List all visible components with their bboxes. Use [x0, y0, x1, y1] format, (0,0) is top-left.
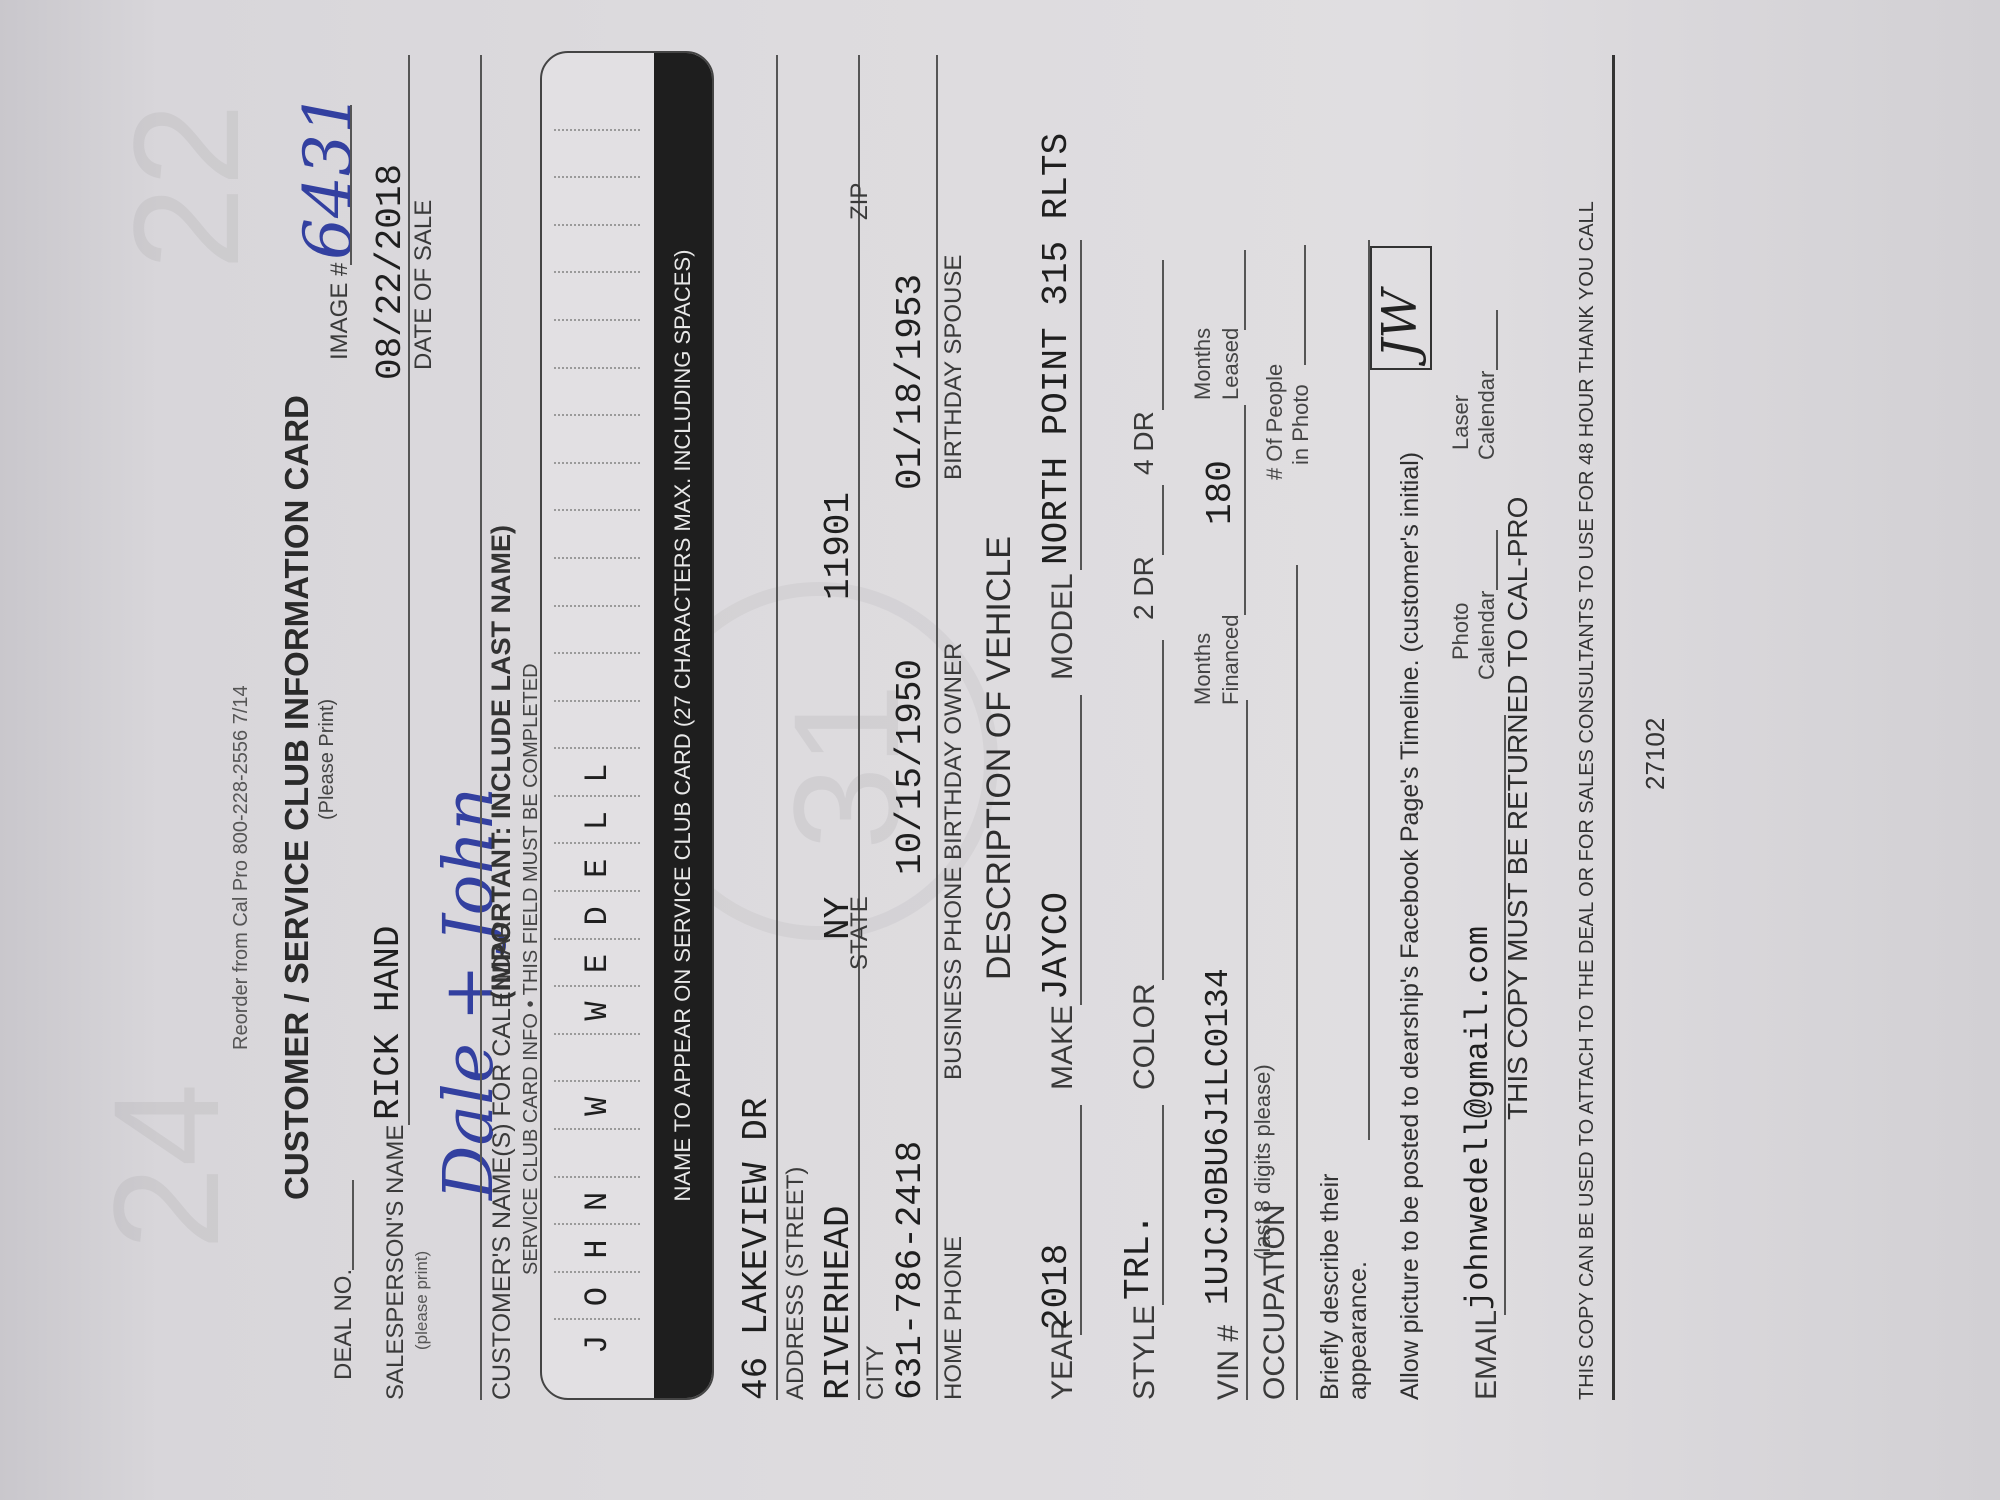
- home-phone-value: 631-786-2418: [890, 1141, 931, 1400]
- card-cell-divider: [554, 747, 640, 749]
- calendar-names-field[interactable]: [480, 55, 482, 1400]
- card-cell-divider: [554, 652, 640, 654]
- card-name-cell[interactable]: E: [542, 940, 652, 988]
- card-cell-divider: [554, 985, 640, 987]
- model-field[interactable]: [1080, 240, 1082, 570]
- card-name-cell[interactable]: [542, 416, 652, 464]
- card-name-cell[interactable]: J: [542, 1320, 652, 1368]
- card-cell-divider: [554, 1080, 640, 1082]
- card-name-char: L: [579, 764, 616, 783]
- address-label: ADDRESS (STREET): [782, 1167, 810, 1400]
- state-label: STATE: [846, 896, 874, 970]
- card-name-cell[interactable]: [542, 83, 652, 131]
- birthday-owner-value: 10/15/1950: [890, 659, 931, 875]
- year-field[interactable]: [1080, 1105, 1082, 1335]
- card-name-cell[interactable]: [542, 226, 652, 274]
- card-cell-divider: [554, 1176, 640, 1178]
- card-name-cell[interactable]: [542, 131, 652, 179]
- birthday-spouse-value: 01/18/1953: [890, 274, 931, 490]
- card-name-cell[interactable]: [542, 511, 652, 559]
- four-door-field[interactable]: [1162, 260, 1164, 410]
- card-cell-divider: [554, 1033, 640, 1035]
- card-name-cell[interactable]: L: [542, 797, 652, 845]
- appearance-field[interactable]: [1368, 240, 1370, 1140]
- model-value: NORTH POINT 315 RLTS: [1036, 133, 1077, 565]
- card-name-cell[interactable]: O: [542, 1273, 652, 1321]
- months-financed-label-1: Months: [1190, 633, 1216, 705]
- scanned-form-sheet: 22 24 31 Reorder from Cal Pro 800-228-25…: [0, 0, 2000, 1500]
- make-field[interactable]: [1080, 695, 1082, 1005]
- facebook-consent-text: Allow picture to be posted to dearship's…: [1396, 452, 1425, 1400]
- card-cell-divider: [554, 1223, 640, 1225]
- card-name-cell[interactable]: W: [542, 987, 652, 1035]
- card-name-cell[interactable]: [542, 464, 652, 512]
- card-cell-divider: [554, 224, 640, 226]
- image-number-value: 6431: [290, 92, 367, 260]
- city-state-zip-field[interactable]: [858, 55, 860, 1400]
- card-name-char: W: [579, 1001, 616, 1020]
- birthday-spouse-label: BIRTHDAY SPOUSE: [940, 255, 968, 480]
- appearance-label-1: Briefly describe their: [1316, 1174, 1345, 1400]
- card-name-char: N: [579, 1192, 616, 1211]
- deal-no-label: DEAL NO.: [330, 1269, 358, 1380]
- months-leased-field[interactable]: [1244, 250, 1246, 330]
- vin-value: 1UJCJ0BU6J1LC0134: [1200, 968, 1237, 1305]
- occupation-field[interactable]: [1296, 565, 1298, 1400]
- card-cell-divider: [554, 414, 640, 416]
- business-phone-label: BUSINESS PHONE: [940, 867, 968, 1080]
- card-name-cell[interactable]: L: [542, 749, 652, 797]
- make-value: JAYCO: [1036, 892, 1077, 1000]
- facebook-initial-box[interactable]: JW: [1370, 246, 1432, 370]
- people-in-photo-field[interactable]: [1304, 245, 1306, 365]
- laser-calendar-label-1: Laser: [1448, 395, 1474, 450]
- card-name-char: L: [579, 811, 616, 830]
- vin-label: VIN #: [1212, 1325, 1246, 1400]
- card-name-cell[interactable]: [542, 321, 652, 369]
- card-cell-divider: [554, 1318, 640, 1320]
- two-door-field[interactable]: [1162, 485, 1164, 555]
- form-title: CUSTOMER / SERVICE CLUB INFORMATION CARD: [278, 395, 316, 1200]
- year-label: YEAR: [1046, 1318, 1080, 1400]
- four-door-label: 4 DR: [1128, 411, 1160, 475]
- card-name-char: E: [579, 954, 616, 973]
- card-cell-divider: [554, 700, 640, 702]
- people-in-photo-label-1: # Of People: [1262, 364, 1288, 480]
- card-name-cell[interactable]: E: [542, 845, 652, 893]
- zip-label: ZIP: [846, 183, 874, 220]
- card-name-cell[interactable]: D: [542, 892, 652, 940]
- card-name-cell[interactable]: [542, 1035, 652, 1083]
- card-name-char: J: [579, 1335, 616, 1354]
- card-name-cell[interactable]: H: [542, 1225, 652, 1273]
- card-name-cell[interactable]: [542, 178, 652, 226]
- make-label: MAKE: [1046, 1005, 1080, 1090]
- two-door-label: 2 DR: [1128, 556, 1160, 620]
- months-financed-value: 180: [1200, 460, 1241, 525]
- footer-rule: [1612, 55, 1615, 1400]
- card-cell-divider: [554, 938, 640, 940]
- color-field[interactable]: [1162, 640, 1164, 980]
- footer-notice: THIS COPY CAN BE USED TO ATTACH TO THE D…: [1576, 201, 1599, 1400]
- email-value: johnwedell@gmail.com: [1460, 926, 1497, 1310]
- card-cell-divider: [554, 605, 640, 607]
- address-field[interactable]: [776, 55, 778, 1400]
- card-name-char: H: [579, 1239, 616, 1258]
- salesperson-label: SALESPERSON'S NAME: [382, 1125, 410, 1400]
- color-label: COLOR: [1128, 983, 1162, 1090]
- card-name-char: D: [579, 906, 616, 925]
- card-cell-divider: [554, 890, 640, 892]
- people-in-photo-label-2: in Photo: [1288, 384, 1314, 465]
- image-number-label: IMAGE #: [326, 263, 354, 360]
- card-name-cell[interactable]: N: [542, 1178, 652, 1226]
- card-cell-divider: [554, 176, 640, 178]
- home-phone-label: HOME PHONE: [940, 1236, 968, 1400]
- card-name-cell[interactable]: [542, 559, 652, 607]
- photo-calendar-label-2: Calendar: [1474, 591, 1500, 680]
- card-cell-divider: [554, 367, 640, 369]
- card-name-cell[interactable]: [542, 273, 652, 321]
- card-name-banner: NAME TO APPEAR ON SERVICE CLUB CARD (27 …: [654, 53, 712, 1398]
- address-value: 46 LAKEVIEW DR: [736, 1098, 777, 1400]
- return-notice: THIS COPY MUST BE RETURNED TO CAL-PRO: [1502, 497, 1534, 1120]
- months-financed-label-2: Financed: [1218, 614, 1244, 705]
- laser-calendar-field[interactable]: [1496, 310, 1498, 370]
- card-name-cell[interactable]: [542, 607, 652, 655]
- city-value: RIVERHEAD: [818, 1206, 859, 1400]
- form-number: 27102: [1640, 718, 1671, 790]
- service-club-card-box: JOHN W WEDELL NAME TO APPEAR ON SERVICE …: [540, 51, 714, 1400]
- card-cell-divider: [554, 1128, 640, 1130]
- photo-calendar-label-1: Photo: [1448, 603, 1474, 661]
- card-cell-divider: [554, 319, 640, 321]
- card-cell-divider: [554, 557, 640, 559]
- card-name-cell[interactable]: W: [542, 1082, 652, 1130]
- card-name-cell[interactable]: [542, 369, 652, 417]
- card-cell-divider: [554, 462, 640, 464]
- card-name-cell[interactable]: [542, 1130, 652, 1178]
- city-label: CITY: [862, 1345, 890, 1400]
- deal-no-field[interactable]: [352, 1180, 354, 1270]
- ghost-number: 22: [100, 103, 273, 270]
- card-name-cell[interactable]: [542, 702, 652, 750]
- months-financed-field[interactable]: [1244, 405, 1246, 615]
- card-name-cell[interactable]: [542, 654, 652, 702]
- card-name-char: E: [579, 859, 616, 878]
- card-cell-divider: [554, 842, 640, 844]
- ghost-number: 24: [80, 1083, 253, 1250]
- style-value: TRL.: [1118, 1214, 1159, 1300]
- card-cell-divider: [554, 271, 640, 273]
- card-name-cells[interactable]: JOHN W WEDELL: [542, 83, 652, 1368]
- reorder-line: Reorder from Cal Pro 800-228-2556 7/14: [230, 685, 253, 1050]
- laser-calendar-label-2: Calendar: [1474, 371, 1500, 460]
- occupation-label: OCCUPATION: [1258, 1204, 1292, 1400]
- phones-birthdays-field[interactable]: [936, 55, 938, 1400]
- card-cell-divider: [554, 509, 640, 511]
- please-print-note: (Please Print): [316, 699, 339, 820]
- image-number-underline: [350, 105, 352, 265]
- year-value: 2018: [1036, 1244, 1077, 1330]
- calendar-important-note: (IMPORTANT: INCLUDE LAST NAME): [486, 525, 517, 1000]
- photo-calendar-field[interactable]: [1496, 530, 1498, 590]
- appearance-label-2: appearance.: [1344, 1261, 1373, 1400]
- date-of-sale-value: 08/22/2018: [370, 164, 411, 380]
- model-label: MODEL: [1046, 573, 1080, 680]
- salesperson-value: RICK HAND: [368, 926, 409, 1120]
- style-label: STYLE: [1128, 1305, 1162, 1400]
- email-label: EMAIL: [1470, 1310, 1504, 1400]
- months-leased-label-2: Leased: [1218, 328, 1244, 400]
- card-cell-divider: [554, 795, 640, 797]
- facebook-initial-value: JW: [1372, 289, 1428, 358]
- birthday-owner-label: BIRTHDAY OWNER: [940, 643, 968, 860]
- vin-field[interactable]: [1246, 700, 1248, 1400]
- card-name-char: O: [579, 1287, 616, 1306]
- zip-value: 11901: [818, 492, 859, 600]
- months-leased-label-1: Months: [1190, 328, 1216, 400]
- card-cell-divider: [554, 1271, 640, 1273]
- style-field[interactable]: [1162, 1105, 1164, 1305]
- vehicle-section-heading: DESCRIPTION OF VEHICLE: [980, 536, 1019, 980]
- card-cell-divider: [554, 129, 640, 131]
- salesperson-sublabel: (please print): [412, 1251, 432, 1350]
- card-name-char: W: [579, 1097, 616, 1116]
- date-of-sale-label: DATE OF SALE: [410, 200, 438, 370]
